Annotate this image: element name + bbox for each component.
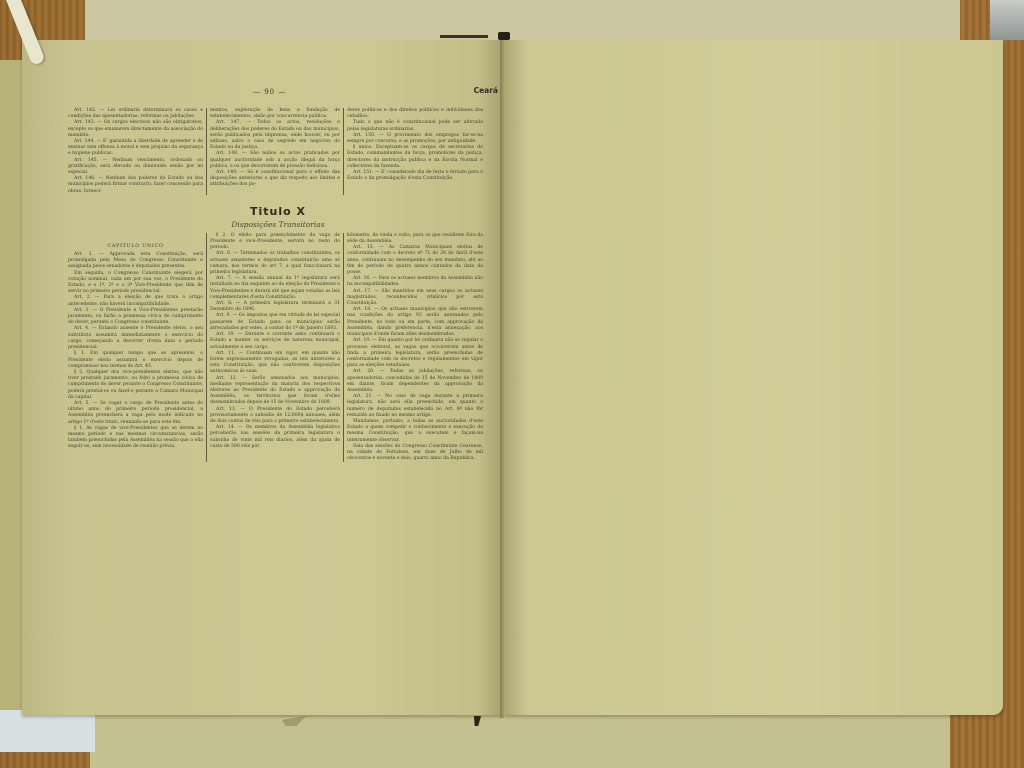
article-paragraph: § 1. As vagas de vice-Presidentes que se… xyxy=(68,426,203,451)
page-number: — 90 — xyxy=(253,88,286,96)
article-paragraph: Art. 148. — São nullos os actos praticad… xyxy=(210,151,340,170)
article-paragraph: Art. 17. — São mantidos em seus cargos o… xyxy=(347,289,483,308)
article-paragraph: deres politicos e dos direitos politicos… xyxy=(347,108,483,120)
article-paragraph: Art. 4. — Estando ausente o Presidente e… xyxy=(68,326,203,351)
article-paragraph: Art. 21. — No caso de vaga durante a pri… xyxy=(347,394,483,419)
top-columns: Art. 142. — Lei ordinaria determinará os… xyxy=(68,108,488,195)
chapter-heading: CAPITULO UNICO xyxy=(68,243,203,249)
article-paragraph: Art. 20. — Todas as jubilações, reformas… xyxy=(347,369,483,394)
section-subtitle: Disposições Transitorias xyxy=(68,220,488,229)
article-paragraph: § 2. O eleito para preenchimento da vaga… xyxy=(210,233,340,252)
article-paragraph: Art. 146. — Nenhum dos poderes do Estado… xyxy=(68,176,203,195)
article-paragraph: § 2. Qualquer dos vice-presidentes eleit… xyxy=(68,370,203,401)
top-column-1: Art. 142. — Lei ordinaria determinará os… xyxy=(68,108,206,195)
article-paragraph: Mandamos, portanto, a todas as auctorida… xyxy=(347,419,483,444)
bottom-columns: CAPITULO UNICO Art. 1. — Approvada esta … xyxy=(68,233,488,463)
article-paragraph: Art. 10. — Durante o corrente anno conti… xyxy=(210,332,340,351)
right-page-blank xyxy=(503,40,1003,715)
article-paragraph: Art. 144. — E' garantida a liberdade de … xyxy=(68,139,203,158)
left-page-text: — 90 — Ceará Art. 142. — Lei ordinaria d… xyxy=(68,88,488,462)
top-column-2: mentos, exploração de bens e fundação de… xyxy=(206,108,343,195)
article-paragraph: Art. 13. — O Presidente do Estado perceb… xyxy=(210,407,340,426)
article-paragraph: Art. 5. — Se vagar o cargo de Presidente… xyxy=(68,401,203,426)
section-heading: Titulo X Disposições Transitorias xyxy=(68,205,488,229)
article-paragraph: Art. 147. — Todos os actos, resoluções e… xyxy=(210,120,340,151)
article-paragraph: Tudo o que não é constitucional pode ser… xyxy=(347,120,483,132)
spine-binding-top xyxy=(440,32,510,40)
bottom-column-1: CAPITULO UNICO Art. 1. — Approvada esta … xyxy=(68,233,206,463)
article-paragraph: § unico. Exceptuam-se os cargos de secre… xyxy=(347,145,483,170)
article-paragraph: Art. 19. — Em quanto por lei ordinaria n… xyxy=(347,338,483,369)
article-paragraph: Art. 1. — Approvada esta Constituição, s… xyxy=(68,252,203,271)
article-paragraph: Art. 16. — Para os actuaes membros da As… xyxy=(347,276,483,288)
article-paragraph: Art. 8. — A primeira legislatura termina… xyxy=(210,301,340,313)
article-paragraph: Art. 9. — Os impostos que em virtude de … xyxy=(210,313,340,332)
top-column-3: deres politicos e dos direitos politicos… xyxy=(343,108,483,195)
running-head: — 90 — Ceará xyxy=(68,88,488,100)
article-paragraph: Art. 151. — E' considerado dia de festa … xyxy=(347,170,483,182)
article-paragraph: Art. 11. — Continuam em vigor, em quanto… xyxy=(210,351,340,376)
bottom-column-3: kilometro, de vinda e volta, para os que… xyxy=(343,233,483,463)
section-title: Titulo X xyxy=(68,205,488,218)
article-paragraph: Art. 143. — Os cargos electivos não são … xyxy=(68,120,203,139)
article-paragraph: Art. 145. — Nenhum vencimento, ordenado … xyxy=(68,158,203,177)
article-paragraph: Art. 12. — Serão annexados aos municipio… xyxy=(210,376,340,407)
article-paragraph: Art. 18. — Os actuaes municipios que não… xyxy=(347,307,483,338)
article-paragraph: kilometro, de vinda e volta, para os que… xyxy=(347,233,483,245)
article-paragraph: Art. 142. — Lei ordinaria determinará os… xyxy=(68,108,203,120)
article-paragraph: Art. 150. — O provimento dos empregos fa… xyxy=(347,133,483,145)
book-gutter xyxy=(500,38,504,718)
article-paragraph: Em seguida, o Congresso Constituinte ele… xyxy=(68,271,203,296)
article-paragraph: Art. 3. — O Presidente e Vice-Presidente… xyxy=(68,308,203,327)
article-paragraph: Art. 7. — A sessão annual da 1ª legislat… xyxy=(210,276,340,301)
bottom-column-2: § 2. O eleito para preenchimento da vaga… xyxy=(206,233,343,463)
article-paragraph: Art. 14. — Os membros da Assembléa legis… xyxy=(210,425,340,450)
article-paragraph: § 1. Em qualquer tempo que se apresente,… xyxy=(68,351,203,370)
article-paragraph: mentos, exploração de bens e fundação de… xyxy=(210,108,340,120)
background-card-top-right xyxy=(990,0,1024,40)
article-paragraph: Art. 2. — Para a eleição de que trata o … xyxy=(68,295,203,307)
article-paragraph: Art. 15. — As Camaras Municipaes eleitas… xyxy=(347,245,483,276)
article-paragraph: Sala das sessões do Congresso Constituin… xyxy=(347,444,483,463)
article-paragraph: Art. 6. — Terminados os trabalhos consti… xyxy=(210,251,340,276)
article-paragraph: Art. 149. — Só é constitucional para o e… xyxy=(210,170,340,189)
running-head-state: Ceará xyxy=(474,86,498,95)
